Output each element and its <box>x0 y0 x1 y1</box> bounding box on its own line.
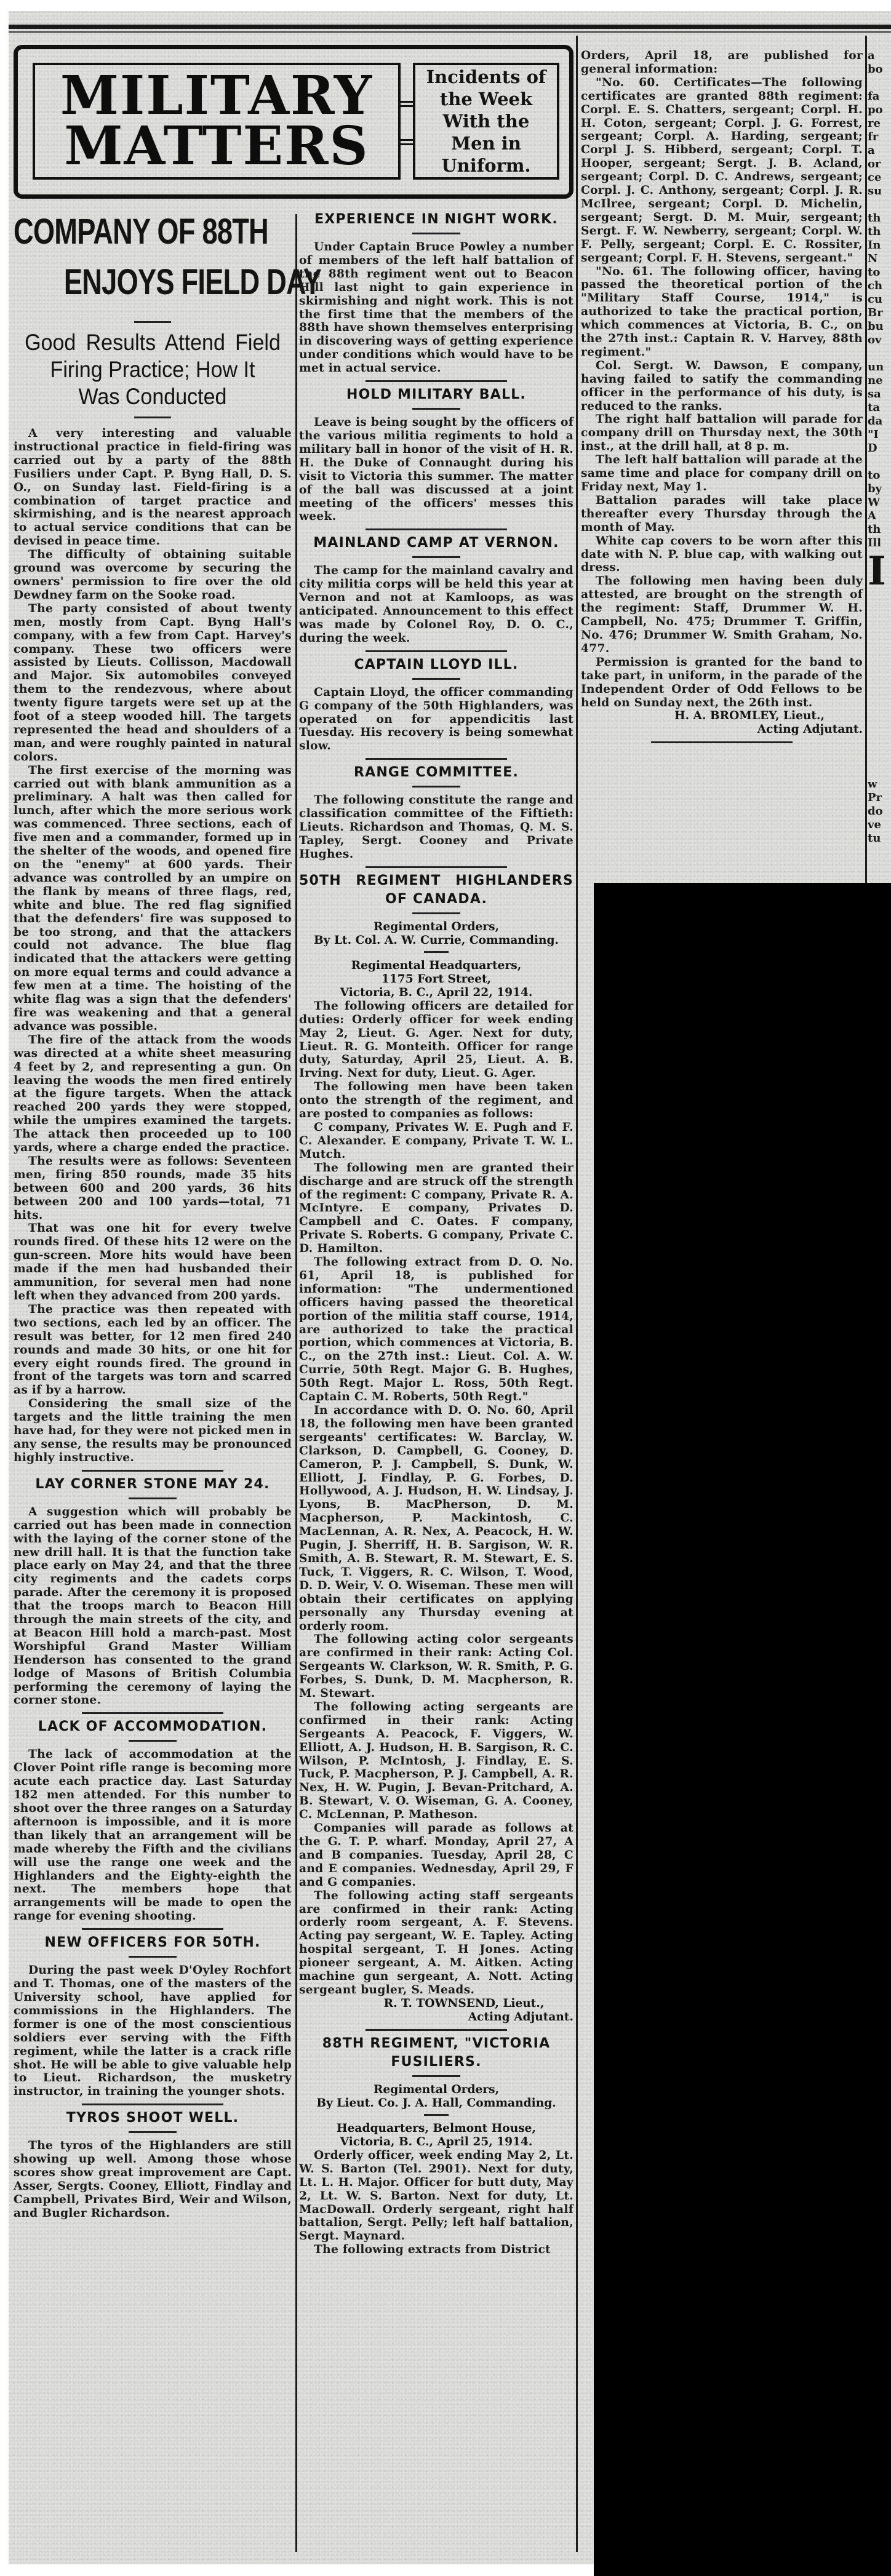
column-rule <box>576 36 578 2552</box>
section-body: A suggestion which will probably be carr… <box>14 1505 292 1708</box>
paragraph: A suggestion which will probably be carr… <box>14 1505 292 1708</box>
regimental-orders-50th: 50TH REGIMENT HIGHLANDERS OF CANADA. Reg… <box>299 866 573 2024</box>
column-2-sections: EXPERIENCE IN NIGHT WORK.Under Captain B… <box>299 210 573 861</box>
section-heading: RANGE COMMITTEE. <box>299 764 573 782</box>
orders-body: Orderly officer, week ending May 2, Lt. … <box>299 2149 573 2257</box>
section-body: Captain Lloyd, the officer commanding G … <box>299 686 573 754</box>
text-fragment: bu <box>868 320 891 333</box>
paragraph: Leave is being sought by the officers of… <box>299 416 573 524</box>
paragraph: The following extract from D. O. No. 61,… <box>299 1256 573 1404</box>
paragraph: The party consisted of about twenty men,… <box>14 602 292 764</box>
masthead-connector <box>401 139 413 145</box>
masthead-title-line2: MATTERS <box>64 121 369 172</box>
masthead-title-box: MILITARY MATTERS <box>33 63 401 180</box>
paragraph: The tyros of the Highlanders are still s… <box>14 2139 292 2220</box>
section-rule <box>82 1928 223 1930</box>
text-fragment: to <box>868 266 891 279</box>
paragraph: Orderly officer, week ending May 2, Lt. … <box>299 2149 573 2243</box>
section-rule <box>82 1712 223 1714</box>
news-item: TYROS SHOOT WELL.The tyros of the Highla… <box>14 2103 292 2220</box>
main-headline: COMPANY OF 88TH ENJOYS FIELD DAY <box>14 207 292 315</box>
news-item: RANGE COMMITTEE.The following constitute… <box>299 758 573 861</box>
news-item: HOLD MILITARY BALL.Leave is being sought… <box>299 380 573 524</box>
paragraph: Considering the small size of the target… <box>14 1397 292 1465</box>
text-fragment: Br <box>868 306 891 320</box>
column-rule <box>865 36 867 885</box>
section-dash <box>412 556 460 558</box>
signature-block: H. A. BROMLEY, Lieut., Acting Adjutant. <box>581 709 863 736</box>
paragraph: In accordance with D. O. No. 60, April 1… <box>299 1404 573 1633</box>
signature-role: Acting Adjutant. <box>299 2011 573 2024</box>
text-fragment: th <box>868 212 891 225</box>
deck-dash <box>134 417 171 418</box>
section-rule <box>366 758 507 760</box>
text-fragment: a <box>868 49 891 63</box>
paragraph: Under Captain Bruce Powley a number of m… <box>299 241 573 375</box>
hq-line1: Regimental Headquarters, <box>299 959 573 973</box>
text-fragment: su <box>868 185 891 198</box>
paragraph: During the past week D'Oyley Rochfort an… <box>14 1964 292 2099</box>
news-item: LAY CORNER STONE MAY 24.A suggestion whi… <box>14 1470 292 1708</box>
section-heading: TYROS SHOOT WELL. <box>14 2109 292 2127</box>
section-body: The tyros of the Highlanders are still s… <box>14 2139 292 2220</box>
paragraph: The following constitute the range and c… <box>299 794 573 861</box>
column-1-sections: LAY CORNER STONE MAY 24.A suggestion whi… <box>14 1470 292 2220</box>
paragraph: The right half battalion will parade for… <box>581 413 863 453</box>
text-fragment: W <box>868 496 891 509</box>
section-rule <box>366 380 507 382</box>
section-dash <box>412 912 460 914</box>
paragraph: The lack of accommodation at the Clover … <box>14 1748 292 1923</box>
column-1: COMPANY OF 88TH ENJOYS FIELD DAY Good Re… <box>14 207 292 2220</box>
section-heading: 50TH REGIMENT HIGHLANDERS OF CANADA. <box>299 872 573 909</box>
headline-dash <box>134 321 171 323</box>
text-fragment <box>868 198 891 212</box>
paragraph: The following acting sergeants are confi… <box>299 1701 573 1822</box>
text-fragment: ta <box>868 401 891 415</box>
paragraph: The results were as follows: Seventeen m… <box>14 1155 292 1222</box>
section-heading: LAY CORNER STONE MAY 24. <box>14 1475 292 1494</box>
masthead-title-line1: MILITARY <box>60 71 373 121</box>
section-body: The lack of accommodation at the Clover … <box>14 1748 292 1923</box>
section-heading: MAINLAND CAMP AT VERNON. <box>299 534 573 552</box>
orders-commanding: By Lieut. Co. J. A. Hall, Commanding. <box>299 2097 573 2110</box>
section-rule <box>366 650 507 652</box>
section-heading: 88TH REGIMENT, "VICTORIA FUSILIERS. <box>299 2035 573 2072</box>
regimental-orders-88th: 88TH REGIMENT, "VICTORIA FUSILIERS. Regi… <box>299 2029 573 2257</box>
text-fragment: Pr <box>868 791 891 805</box>
paragraph: Permission is granted for the band to ta… <box>581 656 863 710</box>
paragraph: The difficulty of obtaining suitable gro… <box>14 548 292 602</box>
paragraph: The following acting color sergeants are… <box>299 1633 573 1701</box>
section-dash <box>412 786 460 788</box>
deck-line2: Firing Practice; How It <box>25 356 281 383</box>
drop-cap: I <box>868 550 891 593</box>
paragraph: "No. 60. Certificates—The following cert… <box>581 76 863 265</box>
signature-name: H. A. BROMLEY, Lieut., <box>581 709 863 723</box>
hq-line3: Victoria, B. C., April 22, 1914. <box>299 986 573 1000</box>
headline-deck: Good Results Attend Field Firing Practic… <box>25 329 281 410</box>
section-body: The following constitute the range and c… <box>299 794 573 861</box>
hq-line2: Victoria, B. C., April 25, 1914. <box>299 2135 573 2149</box>
text-fragment <box>868 76 891 90</box>
masthead-connector <box>401 101 413 107</box>
hq-line2: 1175 Fort Street, <box>299 973 573 986</box>
section-heading: EXPERIENCE IN NIGHT WORK. <box>299 210 573 229</box>
text-fragment: th <box>868 225 891 239</box>
section-rule <box>651 741 793 743</box>
text-fragment: "I <box>868 428 891 442</box>
continued-text: Orders, April 18, are published for gene… <box>581 49 863 76</box>
section-dash <box>412 408 460 410</box>
paragraph: White cap covers to be worn after this d… <box>581 535 863 575</box>
section-body: The camp for the mainland cavalry and ci… <box>299 564 573 645</box>
orders-commanding: By Lt. Col. A. W. Currie, Commanding. <box>299 934 573 947</box>
text-fragment: ch <box>868 279 891 293</box>
column-4-fragment: abo faporefraorcesu ththInNtochcuBrbuov … <box>868 49 891 889</box>
text-fragment: fa <box>868 90 891 103</box>
news-item: NEW OFFICERS FOR 50TH.During the past we… <box>14 1928 292 2099</box>
paragraph: The first exercise of the morning was ca… <box>14 764 292 1034</box>
text-fragment: N <box>868 252 891 266</box>
paragraph: The left half battalion will parade at t… <box>581 453 863 494</box>
paragraph: Captain Lloyd, the officer commanding G … <box>299 686 573 754</box>
paragraph: Orders, April 18, are published for gene… <box>581 49 863 76</box>
headline-line2: ENJOYS FIELD DAY <box>14 257 231 308</box>
section-rule <box>366 866 507 868</box>
text-fragment: A <box>868 509 891 523</box>
paragraph: The following acting staff sergeants are… <box>299 1889 573 1997</box>
text-fragment: cu <box>868 293 891 306</box>
section-body: Under Captain Bruce Powley a number of m… <box>299 241 573 375</box>
section-rule <box>82 2103 223 2105</box>
text-fragment: sa <box>868 388 891 401</box>
section-rule <box>82 1470 223 1472</box>
section-dash <box>129 1497 177 1499</box>
paragraph: The following officers are detailed for … <box>299 1000 573 1080</box>
text-fragment: da <box>868 415 891 428</box>
section-dash <box>129 2131 177 2133</box>
paragraph: The following men have been taken onto t… <box>299 1080 573 1121</box>
text-fragment <box>868 455 891 469</box>
signature-name: R. T. TOWNSEND, Lieut., <box>299 1997 573 2011</box>
section-dash <box>129 1740 177 1742</box>
paragraph: Companies will parade as follows at the … <box>299 1822 573 1889</box>
orders-title: Regimental Orders, <box>299 920 573 934</box>
orders-continued-body: "No. 60. Certificates—The following cert… <box>581 76 863 710</box>
paragraph: Col. Sergt. W. Dawson, E company, having… <box>581 359 863 413</box>
text-fragment: a <box>868 144 891 158</box>
paragraph: Battalion parades will take place therea… <box>581 494 863 535</box>
paragraph: C company, Privates W. E. Pugh and F. C.… <box>299 1121 573 1162</box>
masthead-subtitle: Incidents of the Week With the Men in Un… <box>413 63 559 180</box>
news-item: MAINLAND CAMP AT VERNON.The camp for the… <box>299 528 573 645</box>
paragraph: The fire of the attack from the woods wa… <box>14 1034 292 1155</box>
column-rule <box>295 214 297 2552</box>
news-item: CAPTAIN LLOYD ILL.Captain Lloyd, the off… <box>299 650 573 754</box>
paragraph: The practice was then repeated with two … <box>14 1303 292 1397</box>
section-body: During the past week D'Oyley Rochfort an… <box>14 1964 292 2099</box>
paragraph: A very interesting and valuable instruct… <box>14 427 292 548</box>
paragraph: The camp for the mainland cavalry and ci… <box>299 564 573 645</box>
text-fragment: D <box>868 442 891 455</box>
section-heading: CAPTAIN LLOYD ILL. <box>299 656 573 674</box>
text-fragment: do <box>868 805 891 818</box>
section-body: Leave is being sought by the officers of… <box>299 416 573 524</box>
paragraph: The following men having been duly attes… <box>581 575 863 655</box>
signature-role: Acting Adjutant. <box>581 723 863 736</box>
text-fragment: th <box>868 523 891 536</box>
article-body: A very interesting and valuable instruct… <box>14 427 292 1465</box>
section-heading: NEW OFFICERS FOR 50TH. <box>14 1934 292 1952</box>
paragraph: "No. 61. The following officer, having p… <box>581 265 863 359</box>
orders-title: Regimental Orders, <box>299 2083 573 2097</box>
text-fragment: In <box>868 239 891 252</box>
signature-block: R. T. TOWNSEND, Lieut., Acting Adjutant. <box>299 1997 573 2024</box>
text-fragment: to <box>868 469 891 482</box>
column-3: Orders, April 18, are published for gene… <box>581 49 863 747</box>
cut-off-text: abo faporefraorcesu ththInNtochcuBrbuov … <box>868 49 891 550</box>
text-fragment <box>868 347 891 361</box>
top-rule <box>9 25 891 29</box>
section-heading: HOLD MILITARY BALL. <box>299 386 573 404</box>
orders-body: The following officers are detailed for … <box>299 1000 573 1997</box>
column-2: EXPERIENCE IN NIGHT WORK.Under Captain B… <box>299 207 573 2257</box>
section-dash <box>412 2075 460 2077</box>
top-rule-thin <box>9 31 891 33</box>
text-fragment: tu <box>868 832 891 845</box>
section-rule <box>366 2029 507 2031</box>
paragraph: The following men are granted their disc… <box>299 1162 573 1256</box>
headline-line1: COMPANY OF 88TH <box>14 207 231 257</box>
section-dash <box>129 1956 177 1958</box>
paragraph: That was one hit for every twelve rounds… <box>14 1222 292 1302</box>
section-dash <box>412 233 460 234</box>
section-dash <box>424 2114 449 2116</box>
text-fragment: bo <box>868 63 891 76</box>
text-fragment: ce <box>868 171 891 185</box>
text-fragment: w <box>868 778 891 791</box>
redacted-block <box>594 883 891 2576</box>
text-fragment: re <box>868 117 891 130</box>
text-fragment: fr <box>868 130 891 144</box>
text-fragment: by <box>868 482 891 496</box>
text-fragment: ve <box>868 818 891 832</box>
paragraph: The following extracts from District <box>299 2243 573 2257</box>
section-dash <box>424 951 449 953</box>
text-fragment: or <box>868 158 891 171</box>
section-dash <box>412 678 460 680</box>
cut-off-text-lower: wPrdovetu <box>868 778 891 845</box>
masthead: MILITARY MATTERS Incidents of the Week W… <box>14 45 573 199</box>
text-fragment: po <box>868 103 891 117</box>
deck-line3: Was Conducted <box>25 383 281 410</box>
section-rule <box>366 528 507 530</box>
text-fragment: un <box>868 361 891 374</box>
text-fragment: ov <box>868 333 891 347</box>
section-heading: LACK OF ACCOMMODATION. <box>14 1718 292 1736</box>
deck-line1: Good Results Attend Field <box>25 329 281 356</box>
text-fragment: ne <box>868 374 891 388</box>
news-item: LACK OF ACCOMMODATION.The lack of accomm… <box>14 1712 292 1923</box>
news-item: EXPERIENCE IN NIGHT WORK.Under Captain B… <box>299 210 573 375</box>
hq-line1: Headquarters, Belmont House, <box>299 2122 573 2135</box>
